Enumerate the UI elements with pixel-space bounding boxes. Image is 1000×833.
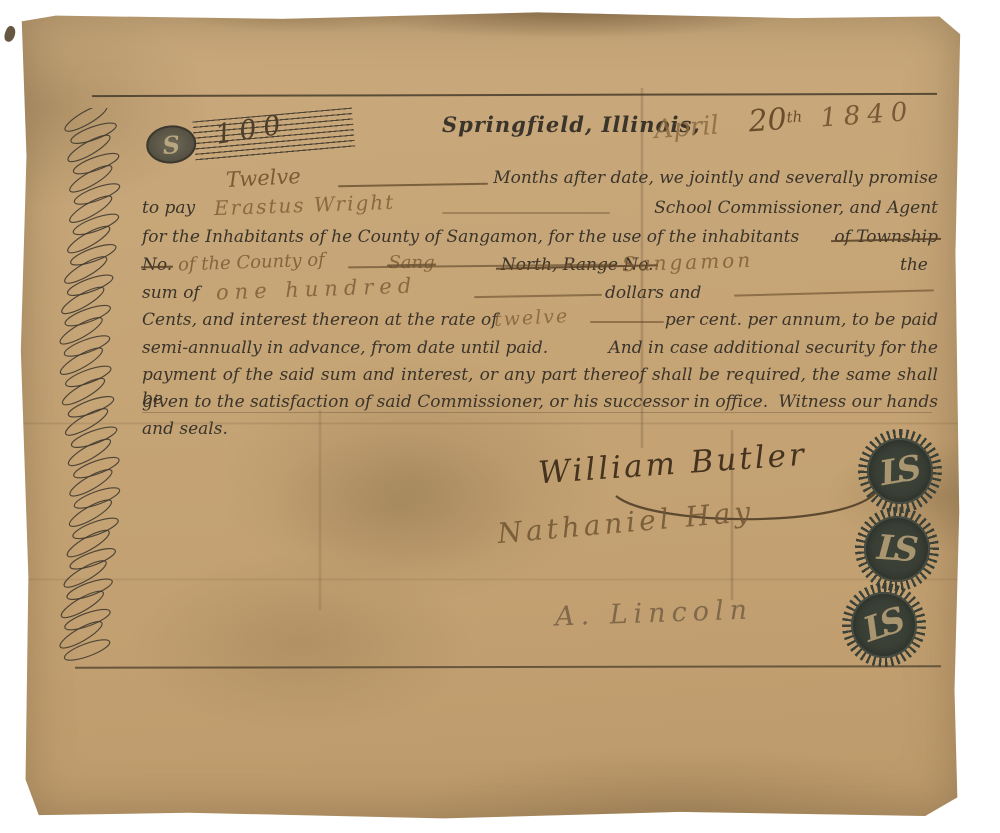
stain-patch [268, 430, 528, 580]
blank-line [338, 183, 488, 188]
body-line-6: Cents, and interest thereon at the rate … [142, 308, 938, 334]
seal-monogram: LS [858, 600, 909, 651]
printed-text: School Commissioner, and Agent [654, 196, 938, 220]
date-month: April [653, 111, 719, 145]
date-year: 1840 [819, 97, 915, 133]
payee-handwritten: Erastus Wright [214, 190, 396, 220]
date-day: 20 [747, 102, 788, 140]
seal-3: LS [836, 577, 932, 673]
printed-text: to pay [142, 196, 195, 220]
currency-medallion: S [145, 123, 198, 165]
ink-dash-long [734, 289, 934, 296]
printed-text: Months after date, we jointly and severa… [493, 166, 938, 190]
printed-text: Cents, and interest thereon at the rate … [142, 308, 498, 332]
amount-box: S 100 [144, 103, 368, 174]
promissory-note-document: S 100 Springfield, Illinois, April 20th … [18, 10, 963, 820]
seal-disc: LS [867, 438, 933, 504]
scratch-line [142, 412, 932, 413]
body-line-5: sum of one hundred dollars and [142, 281, 938, 307]
body-line-2: to pay Erastus Wright School Commissione… [142, 196, 938, 222]
body-line-10: and seals. [142, 417, 938, 443]
printed-text: dollars and [605, 281, 701, 305]
printed-text: the [900, 253, 928, 277]
currency-symbol: S [161, 129, 181, 159]
rate-handwritten: twelve [493, 304, 569, 332]
top-rule [92, 93, 937, 97]
edge-artifact [3, 25, 18, 43]
horizontal-crease-1 [18, 422, 963, 425]
county-handwritten: of the County of [178, 248, 326, 277]
ink-dash [474, 294, 602, 298]
vertical-crease-top [640, 88, 644, 448]
printed-text: And in case additional security for the [609, 336, 938, 360]
blank-line [442, 212, 610, 214]
printed-text: for the Inhabitants of he County of Sang… [142, 225, 799, 251]
ink-dash [590, 321, 664, 323]
printed-text: given to the satisfaction of said Commis… [142, 390, 768, 414]
date-handwritten: April 20th 1840 [653, 93, 915, 146]
struck-no: No. [142, 253, 172, 277]
printed-text: Witness our hands [778, 390, 938, 414]
term-months-handwritten: Twelve [225, 164, 301, 192]
printed-text: semi-annually in advance, from date unti… [142, 336, 548, 360]
struck-of-township: of Township [834, 225, 938, 251]
printed-text: per cent. per annum, to be paid [665, 308, 938, 332]
body-line-3: for the Inhabitants of he County of Sang… [142, 225, 938, 251]
seal-monogram: LS [877, 448, 924, 494]
body-line-7: semi-annually in advance, from date unti… [142, 336, 938, 362]
struck-sang-handwritten: Sang [388, 251, 434, 275]
body-line-4: No. of the County of Sang North, Range N… [142, 253, 938, 279]
body-line-8: payment of the said sum and interest, or… [142, 363, 938, 389]
signature-a-lincoln: A. Lincoln [555, 595, 754, 633]
vertical-crease-middle [730, 430, 734, 600]
date-suffix: th [786, 107, 803, 126]
body-line-1: Twelve Months after date, we jointly and… [142, 166, 938, 192]
seal-monogram: LS [875, 528, 918, 571]
bottom-rule [75, 665, 941, 668]
printed-text: sum of [142, 281, 200, 305]
left-flourish-border [56, 108, 126, 669]
